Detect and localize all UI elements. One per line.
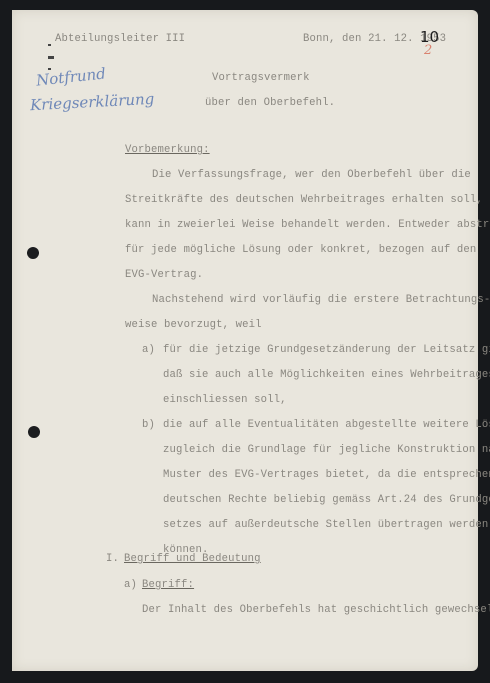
- margin-marks: [48, 42, 56, 72]
- item-a-line: einschliessen soll,: [163, 394, 287, 406]
- item-b-line: die auf alle Eventualitäten abgestellte …: [163, 419, 490, 431]
- item-a-marker: a): [142, 344, 155, 356]
- preface-heading: Vorbemerkung:: [125, 144, 210, 156]
- paragraph2-line: weise bevorzugt, weil: [125, 319, 262, 331]
- subsection-heading: Begriff:: [142, 579, 194, 591]
- item-a-line: für die jetzige Grundgesetzänderung der …: [163, 344, 490, 356]
- paragraph1-line: Die Verfassungsfrage, wer den Oberbefehl…: [152, 169, 471, 181]
- item-a-line: daß sie auch alle Möglichkeiten eines We…: [163, 369, 490, 381]
- department-label: Abteilungsleiter III: [55, 33, 185, 45]
- paragraph2-line: Nachstehend wird vorläufig die erstere B…: [152, 294, 490, 306]
- handwritten-page-mark: 2: [424, 43, 432, 58]
- section-number: I.: [106, 553, 119, 565]
- punch-hole-bottom: [28, 426, 40, 438]
- paragraph1-line: Streitkräfte des deutschen Wehrbeitrages…: [125, 194, 483, 206]
- handwritten-note-2: Kriegserklärung: [30, 90, 155, 114]
- subsection-marker: a): [124, 579, 137, 591]
- item-b-marker: b): [142, 419, 155, 431]
- paragraph1-line: kann in zweierlei Weise behandelt werden…: [125, 219, 490, 231]
- section-heading: Begriff und Bedeutung: [124, 553, 261, 565]
- punch-hole-top: [27, 247, 39, 259]
- document-page: Abteilungsleiter III Bonn, den 21. 12. 1…: [12, 10, 478, 671]
- paragraph1-line: EVG-Vertrag.: [125, 269, 203, 281]
- item-b-line: Muster des EVG-Vertrages bietet, da die …: [163, 469, 490, 481]
- title-line-1: Vortragsvermerk: [212, 72, 310, 84]
- paragraph1-line: für jede mögliche Lösung oder konkret, b…: [125, 244, 476, 256]
- handwritten-note-1: Notfrund: [35, 64, 106, 89]
- item-b-line: zugleich die Grundlage für jegliche Kons…: [163, 444, 490, 456]
- subsection-text: Der Inhalt des Oberbefehls hat geschicht…: [142, 604, 490, 616]
- item-b-line: deutschen Rechte beliebig gemäss Art.24 …: [163, 494, 490, 506]
- item-b-line: setzes auf außerdeutsche Stellen übertra…: [163, 519, 488, 531]
- title-line-2: über den Oberbefehl.: [205, 97, 335, 109]
